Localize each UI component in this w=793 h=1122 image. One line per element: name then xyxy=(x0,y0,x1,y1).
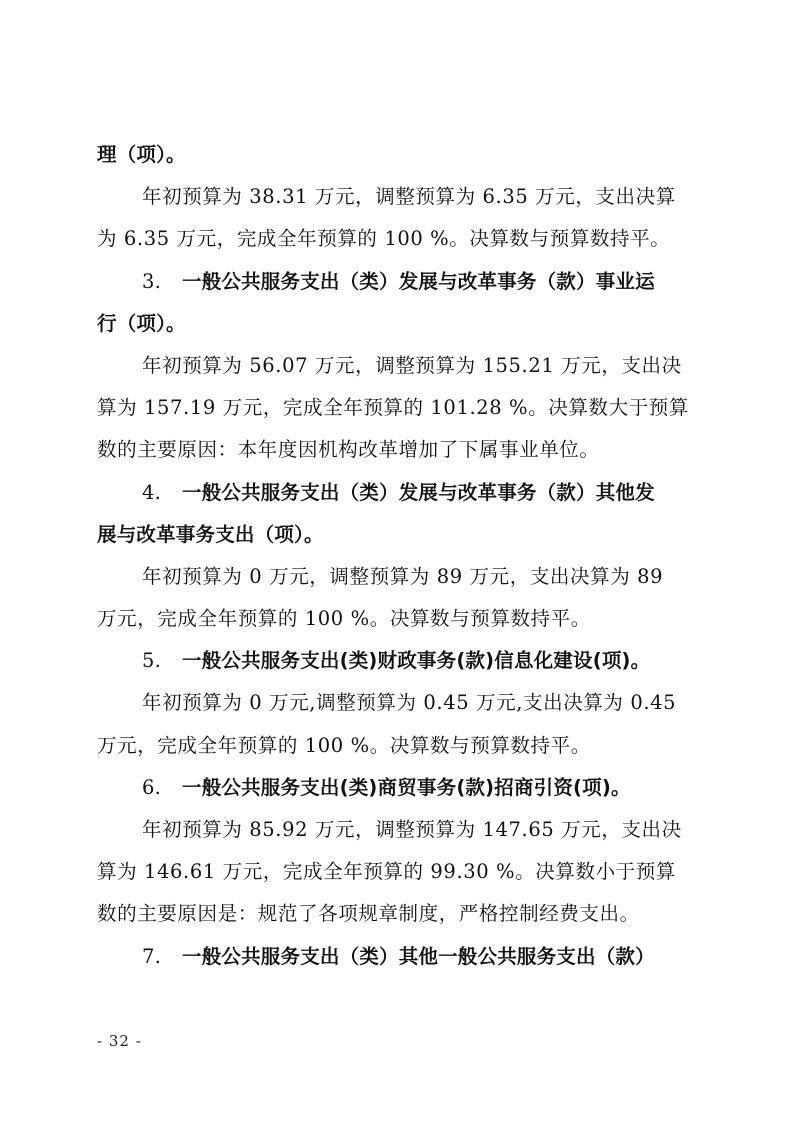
section-number: 5. xyxy=(142,640,182,682)
section-heading-text: 一般公共服务支出(类)商贸事务(款)招商引资(项)。 xyxy=(182,776,631,799)
section-heading-7: 7.一般公共服务支出（类）其他一般公共服务支出（款） xyxy=(97,936,689,978)
paragraph-line: 年初预算为 56.07 万元，调整预算为 155.21 万元，支出决 xyxy=(97,345,689,387)
section-number: 7. xyxy=(142,936,182,978)
section-number: 4. xyxy=(142,472,182,514)
paragraph-line: 数的主要原因：本年度因机构改革增加了下属事业单位。 xyxy=(97,429,689,471)
section-heading-text: 一般公共服务支出（类）发展与改革事务（款）事业运 xyxy=(182,270,655,293)
paragraph-line: 数的主要原因是：规范了各项规章制度，严格控制经费支出。 xyxy=(97,893,689,935)
section-heading-4: 4.一般公共服务支出（类）发展与改革事务（款）其他发 xyxy=(97,472,689,514)
section-heading-text: 一般公共服务支出(类)财政事务(款)信息化建设(项)。 xyxy=(182,649,650,672)
section-number: 3. xyxy=(142,261,182,303)
section-heading-6: 6.一般公共服务支出(类)商贸事务(款)招商引资(项)。 xyxy=(97,767,689,809)
section-number: 6. xyxy=(142,767,182,809)
paragraph-line: 年初预算为 85.92 万元，调整预算为 147.65 万元，支出决 xyxy=(97,809,689,851)
heading-continuation: 行（项）。 xyxy=(97,303,689,345)
section-heading-text: 一般公共服务支出（类）其他一般公共服务支出（款） xyxy=(182,945,655,968)
section-heading-5: 5.一般公共服务支出(类)财政事务(款)信息化建设(项)。 xyxy=(97,640,689,682)
paragraph-line: 为 6.35 万元，完成全年预算的 100 %。决算数与预算数持平。 xyxy=(97,218,689,260)
section-heading-3: 3.一般公共服务支出（类）发展与改革事务（款）事业运 xyxy=(97,261,689,303)
paragraph-line: 算为 157.19 万元，完成全年预算的 101.28 %。决算数大于预算 xyxy=(97,387,689,429)
heading-continuation: 理（项）。 xyxy=(97,134,689,176)
heading-continuation: 展与改革事务支出（项）。 xyxy=(97,514,689,556)
paragraph-line: 年初预算为 0 万元，调整预算为 89 万元，支出决算为 89 xyxy=(97,556,689,598)
paragraph-line: 万元，完成全年预算的 100 %。决算数与预算数持平。 xyxy=(97,598,689,640)
paragraph-line: 算为 146.61 万元，完成全年预算的 99.30 %。决算数小于预算 xyxy=(97,851,689,893)
paragraph-line: 年初预算为 0 万元,调整预算为 0.45 万元,支出决算为 0.45 xyxy=(97,682,689,724)
paragraph-line: 万元，完成全年预算的 100 %。决算数与预算数持平。 xyxy=(97,725,689,767)
page-number: - 32 - xyxy=(97,1032,142,1050)
document-page: 理（项）。 年初预算为 38.31 万元，调整预算为 6.35 万元，支出决算 … xyxy=(97,134,689,978)
paragraph-line: 年初预算为 38.31 万元，调整预算为 6.35 万元，支出决算 xyxy=(97,176,689,218)
section-heading-text: 一般公共服务支出（类）发展与改革事务（款）其他发 xyxy=(182,481,655,504)
